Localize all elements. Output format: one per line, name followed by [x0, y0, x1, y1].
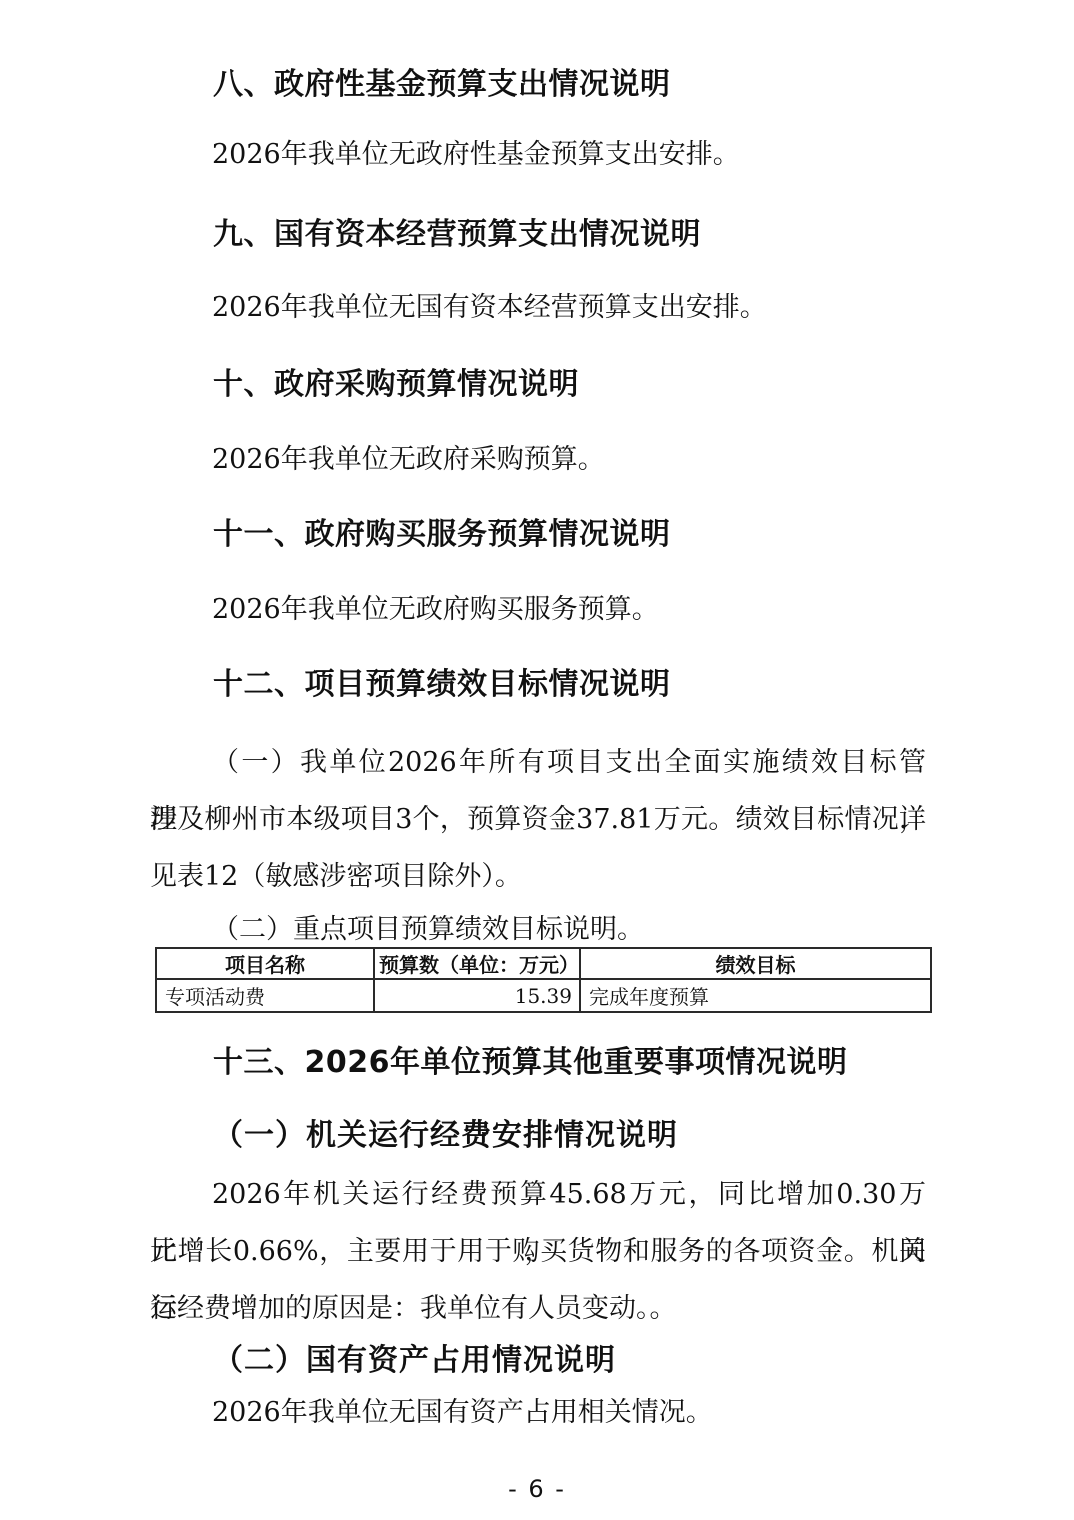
paragraph-line: 见表12（敏感涉密项目除外）。	[150, 848, 926, 905]
table-header-cell-project-name: 项目名称	[156, 948, 374, 979]
performance-target-table: 项目名称 预算数（单位：万元） 绩效目标 专项活动费 15.39 完成年度预算	[155, 947, 932, 1013]
paragraph-line: 比增长0.66%，主要用于用于购买货物和服务的各项资金。机关运	[150, 1223, 926, 1280]
table-header-cell-target: 绩效目标	[580, 948, 931, 979]
section-heading-9: 九、国有资本经营预算支出情况说明	[150, 217, 989, 253]
table-header-cell-budget: 预算数（单位：万元）	[374, 948, 580, 979]
paragraph-line: 2026年我单位无政府采购预算。	[150, 431, 926, 488]
table-cell-project-name: 专项活动费	[156, 979, 374, 1012]
section-9-paragraph: 2026年我单位无国有资本经营预算支出安排。	[150, 279, 926, 336]
section-heading-13: 十三、2026年单位预算其他重要事项情况说明	[150, 1045, 989, 1081]
paragraph-line: 2026年我单位无政府性基金预算支出安排。	[150, 126, 926, 183]
paragraph-line: 涉及柳州市本级项目3个，预算资金37.81万元。绩效目标情况详	[150, 791, 926, 848]
section-heading-12: 十二、项目预算绩效目标情况说明	[150, 667, 989, 703]
table-cell-budget: 15.39	[374, 979, 580, 1012]
page-number: - 6 -	[0, 1474, 1074, 1504]
section-10-paragraph: 2026年我单位无政府采购预算。	[150, 431, 926, 488]
section-8-paragraph: 2026年我单位无政府性基金预算支出安排。	[150, 126, 926, 183]
section-12-paragraph-1: （一）我单位2026年所有项目支出全面实施绩效目标管理， 涉及柳州市本级项目3个…	[150, 734, 926, 905]
table-row: 专项活动费 15.39 完成年度预算	[156, 979, 931, 1012]
section-11-paragraph: 2026年我单位无政府购买服务预算。	[150, 581, 926, 638]
paragraph-line: 2026年我单位无国有资本经营预算支出安排。	[150, 279, 926, 336]
section-heading-10: 十、政府采购预算情况说明	[150, 367, 989, 403]
document-page: 八、政府性基金预算支出情况说明 2026年我单位无政府性基金预算支出安排。 九、…	[0, 0, 1074, 1520]
paragraph-line: 2026年机关运行经费预算45.68万元，同比增加0.30万元，同	[150, 1166, 926, 1223]
subsection-heading-13-1: （一）机关运行经费安排情况说明	[150, 1118, 989, 1154]
section-13-2-paragraph: 2026年我单位无国有资产占用相关情况。	[150, 1384, 926, 1441]
subsection-heading-13-2: （二）国有资产占用情况说明	[150, 1343, 989, 1379]
paragraph-line: 2026年我单位无政府购买服务预算。	[150, 581, 926, 638]
paragraph-line: （一）我单位2026年所有项目支出全面实施绩效目标管理，	[150, 734, 926, 791]
section-heading-11: 十一、政府购买服务预算情况说明	[150, 517, 989, 553]
paragraph-line: 2026年我单位无国有资产占用相关情况。	[150, 1384, 926, 1441]
paragraph-line: 行经费增加的原因是：我单位有人员变动。。	[150, 1280, 926, 1337]
table-header-row: 项目名称 预算数（单位：万元） 绩效目标	[156, 948, 931, 979]
table-cell-target: 完成年度预算	[580, 979, 931, 1012]
section-13-1-paragraph: 2026年机关运行经费预算45.68万元，同比增加0.30万元，同 比增长0.6…	[150, 1166, 926, 1337]
section-heading-8: 八、政府性基金预算支出情况说明	[150, 67, 989, 103]
